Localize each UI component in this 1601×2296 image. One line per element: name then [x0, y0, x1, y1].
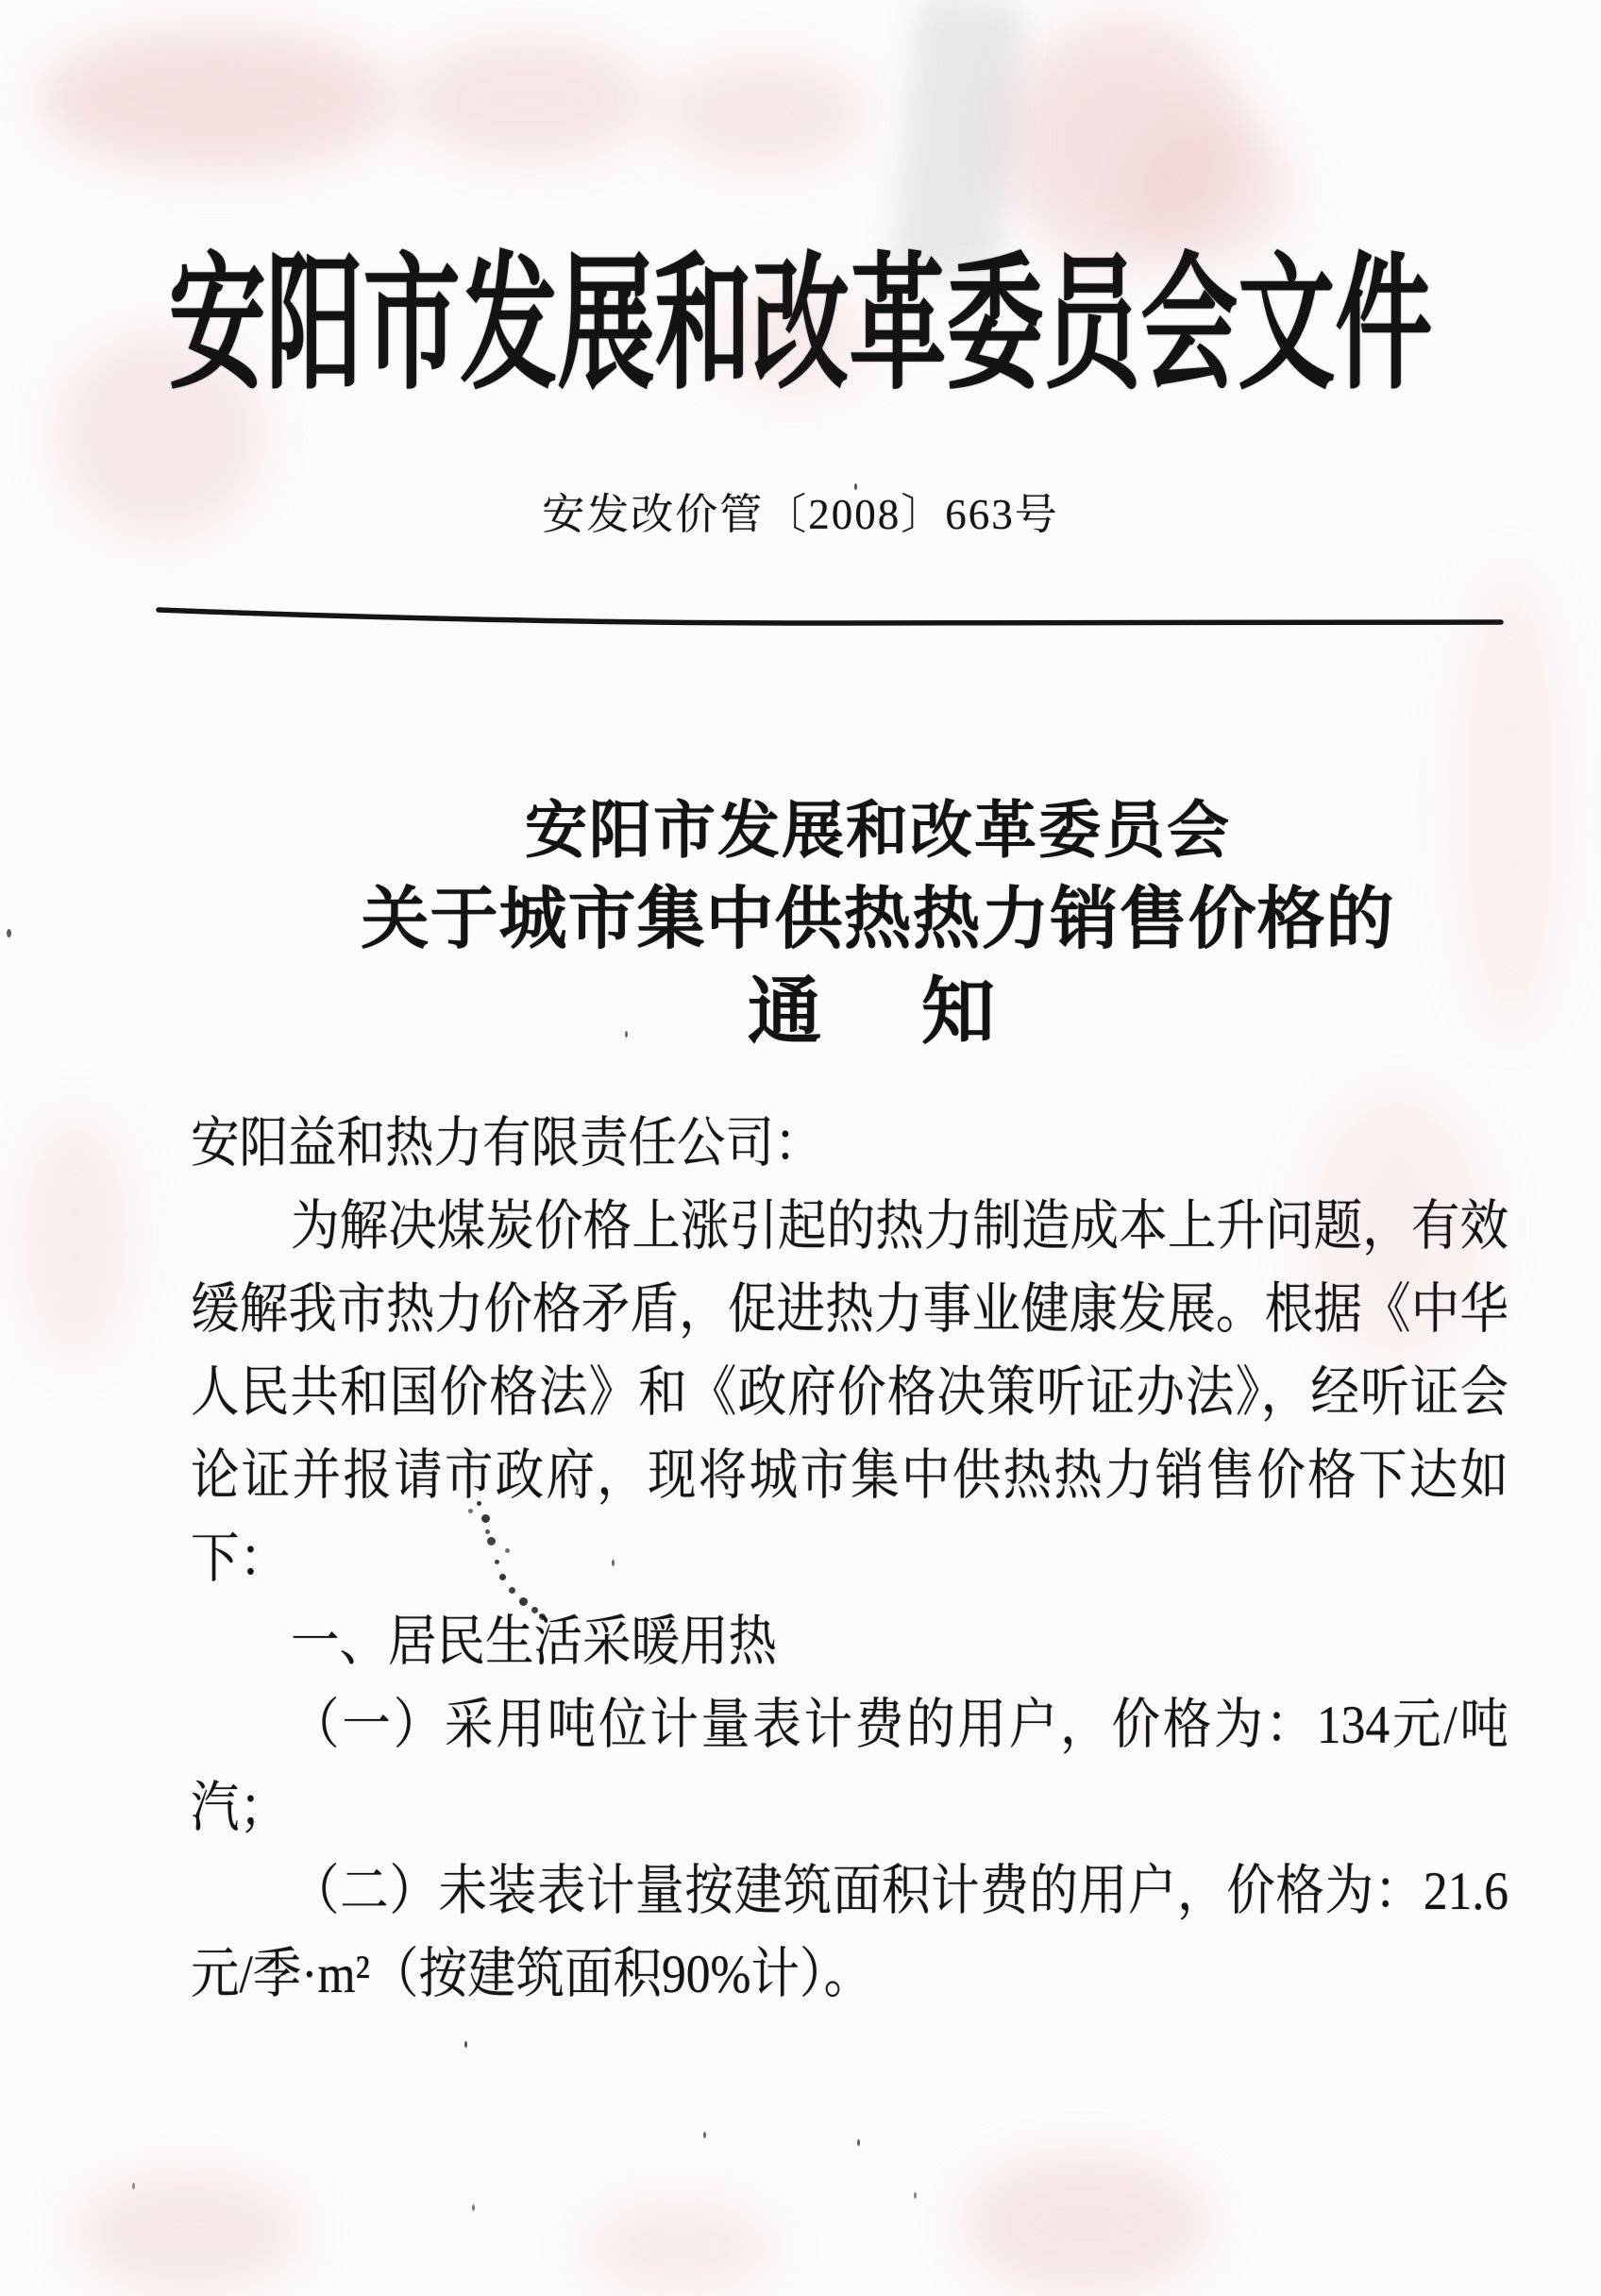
letterhead: 安阳市发展和改革委员会文件: [0, 236, 1601, 415]
body-line: 元/季·m²（按建筑面积90%计）。: [191, 1929, 1508, 2022]
paper-stain: [585, 2200, 774, 2294]
paper-stain: [76, 2171, 302, 2294]
document-number: 安发改价管〔2008〕663号: [0, 477, 1601, 552]
letterhead-title: 安阳市发展和改革委员会文件: [169, 236, 1432, 415]
paper-stain: [963, 2152, 1208, 2294]
body-line: 论证并报请市政府，现将城市集中供热热力销售价格下达如: [191, 1430, 1508, 1524]
paper-stain: [661, 57, 868, 170]
body-line: 人民共和国价格法》和《政府价格决策听证办法》，经听证会: [191, 1347, 1508, 1441]
paper-stain: [406, 38, 651, 160]
notice-subject-line: 关于城市集中供热热力销售价格的: [361, 886, 1394, 954]
section-heading-line: 一、居民生活采暖用热: [191, 1596, 1508, 1690]
body-line: 汽；: [191, 1763, 1508, 1856]
header-divider-line: [0, 600, 1601, 629]
body-line: 为解决煤炭价格上涨引起的热力制造成本上升问题，有效: [191, 1181, 1508, 1275]
notice-type-line: 通 知: [748, 974, 1008, 1048]
paper-stain: [19, 1114, 132, 1359]
salutation-line: 安阳益和热力有限责任公司：: [191, 1098, 1508, 1191]
scanned-document-page: 安阳市发展和改革委员会文件 安发改价管〔2008〕663号 安阳市发展和改革委员…: [0, 0, 1601, 2296]
notice-issuer-line: 安阳市发展和改革委员会: [525, 799, 1231, 861]
notice-body: 安阳益和热力有限责任公司： 为解决煤炭价格上涨引起的热力制造成本上升问题，有效 …: [191, 1103, 1508, 2017]
notice-title-block: 安阳市发展和改革委员会 关于城市集中供热热力销售价格的 通 知: [0, 799, 1601, 1048]
body-line: （一）采用吨位计量表计费的用户，价格为：134元/吨: [191, 1680, 1508, 1773]
body-line: 缓解我市热力价格矛盾，促进热力事业健康发展。根据《中华: [191, 1264, 1508, 1358]
body-line: （二）未装表计量按建筑面积计费的用户，价格为：21.6: [191, 1846, 1508, 1939]
paper-stain: [1001, 19, 1246, 264]
paper-stain: [38, 28, 396, 170]
paper-specks: [0, 0, 3, 7]
body-line: 下：: [191, 1513, 1508, 1607]
